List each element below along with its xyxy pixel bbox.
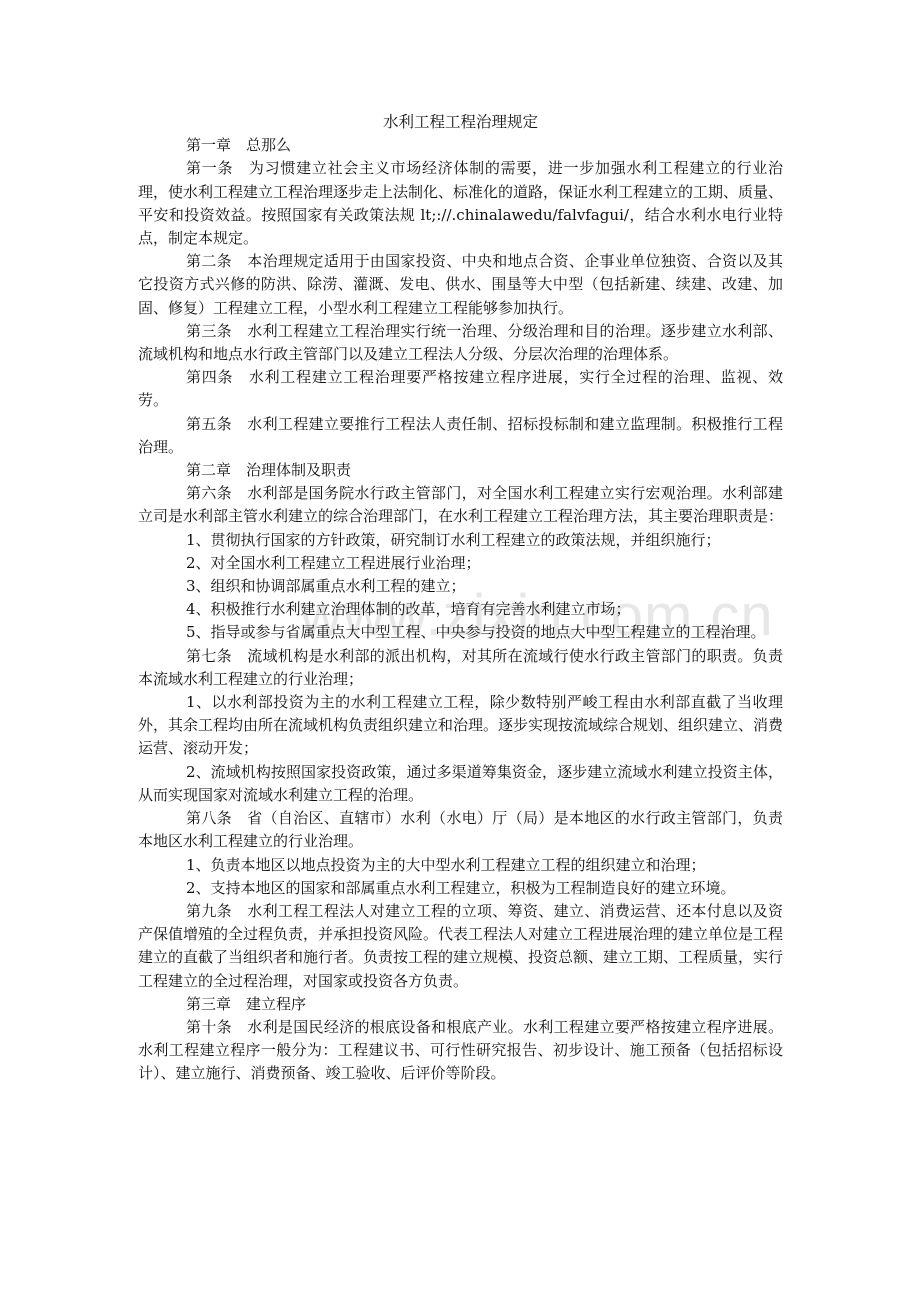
list-item: 2、流域机构按照国家投资政策，通过多渠道筹集资金，逐步建立流域水利建立投资主体，…: [138, 761, 783, 807]
chapter-heading-1: 第一章 总那么: [138, 134, 783, 157]
document-page: 水利工程工程治理规定 第一章 总那么 第一条 为习惯建立社会主义市场经济体制的需…: [138, 111, 783, 1086]
article-2: 第二条 本治理规定适用于由国家投资、中央和地点合资、企事业单位独资、合资以及其它…: [138, 250, 783, 320]
list-item: 1、负责本地区以地点投资为主的大中型水利工程建立工程的组织建立和治理；: [138, 854, 783, 877]
list-item: 4、积极推行水利建立治理体制的改革，培育有完善水利建立市场；: [138, 598, 783, 621]
list-item: 5、指导或参与省属重点大中型工程、中央参与投资的地点大中型工程建立的工程治理。: [138, 621, 783, 644]
article-6: 第六条 水利部是国务院水行政主管部门，对全国水利工程建立实行宏观治理。水利部建立…: [138, 482, 783, 528]
article-4: 第四条 水利工程建立工程治理要严格按建立程序进展，实行全过程的治理、监视、效劳。: [138, 366, 783, 412]
list-item: 3、组织和协调部属重点水利工程的建立；: [138, 575, 783, 598]
article-10: 第十条 水利是国民经济的根底设备和根底产业。水利工程建立要严格按建立程序进展。水…: [138, 1016, 783, 1086]
article-7: 第七条 流域机构是水利部的派出机构，对其所在流域行使水行政主管部门的职责。负责本…: [138, 645, 783, 691]
document-title: 水利工程工程治理规定: [138, 111, 783, 134]
article-8: 第八条 省（自治区、直辖市）水利（水电）厅（局）是本地区的水行政主管部门，负责本…: [138, 807, 783, 853]
article-1: 第一条 为习惯建立社会主义市场经济体制的需要，进一步加强水利工程建立的行业治理，…: [138, 157, 783, 250]
article-5: 第五条 水利工程建立要推行工程法人责任制、招标投标制和建立监理制。积极推行工程治…: [138, 413, 783, 459]
list-item: 2、支持本地区的国家和部属重点水利工程建立，积极为工程制造良好的建立环境。: [138, 877, 783, 900]
chapter-heading-3: 第三章 建立程序: [138, 993, 783, 1016]
article-3: 第三条 水利工程建立工程治理实行统一治理、分级治理和目的治理。逐步建立水利部、流…: [138, 320, 783, 366]
list-item: 2、对全国水利工程建立工程进展行业治理；: [138, 552, 783, 575]
chapter-heading-2: 第二章 治理体制及职责: [138, 459, 783, 482]
list-item: 1、以水利部投资为主的水利工程建立工程，除少数特别严峻工程由水利部直截了当收理外…: [138, 691, 783, 761]
list-item: 1、贯彻执行国家的方针政策，研究制订水利工程建立的政策法规，并组织施行；: [138, 529, 783, 552]
article-9: 第九条 水利工程工程法人对建立工程的立项、筹资、建立、消费运营、还本付息以及资产…: [138, 900, 783, 993]
